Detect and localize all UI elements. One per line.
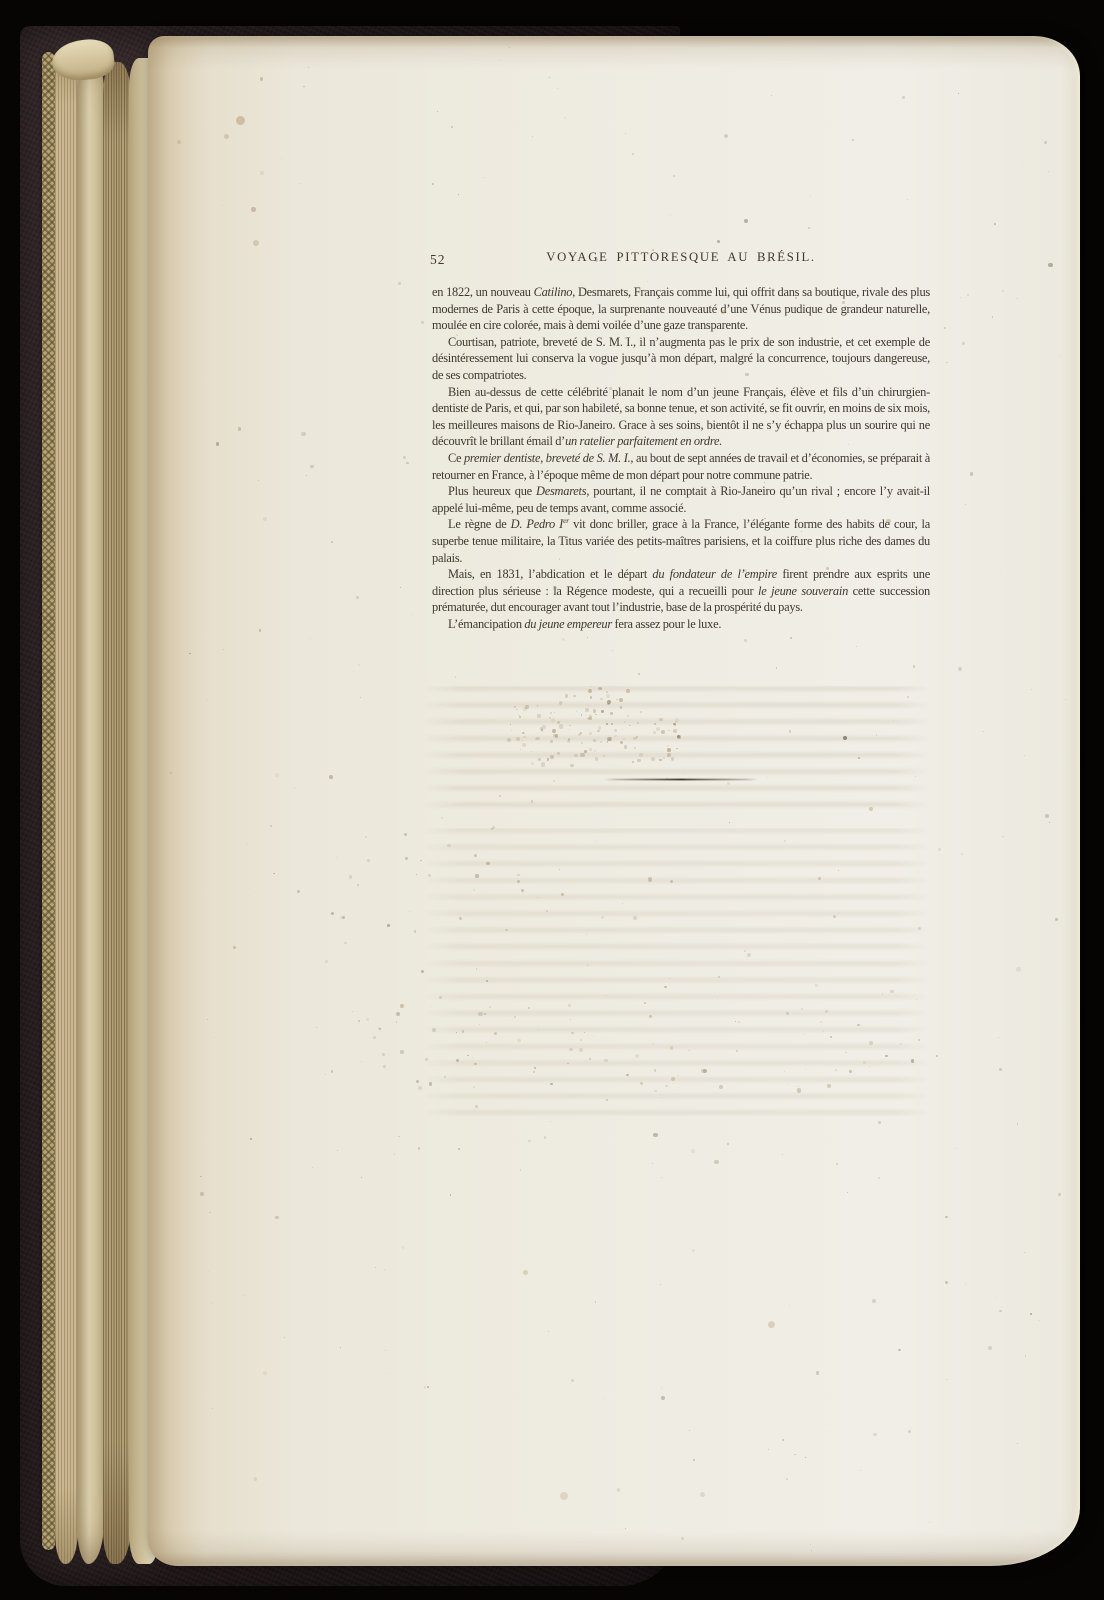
paragraph: Courtisan, patriote, breveté de S. M. I.… (432, 334, 930, 384)
paragraph: Mais, en 1831, l’abdication et le départ… (432, 566, 930, 616)
page-number: 52 (430, 252, 446, 268)
paragraph: en 1822, un nouveau Catilino, Desmarets,… (432, 284, 930, 334)
page-header: 52 VOYAGE PITTORESQUE AU BRÉSIL. (432, 250, 930, 270)
book-scan: 52 VOYAGE PITTORESQUE AU BRÉSIL. en 1822… (0, 0, 1104, 1600)
paragraph: Plus heureux que Desmarets, pourtant, il… (432, 483, 930, 516)
page-content: 52 VOYAGE PITTORESQUE AU BRÉSIL. en 1822… (432, 250, 930, 781)
running-title: VOYAGE PITTORESQUE AU BRÉSIL. (432, 250, 930, 265)
page-edges-ribbed (103, 62, 131, 1564)
paragraph: Bien au-dessus de cette célébrité planai… (432, 384, 930, 450)
page-edges-curl (77, 54, 104, 1564)
book-page: 52 VOYAGE PITTORESQUE AU BRÉSIL. en 1822… (148, 36, 1080, 1566)
page-edges-outer (55, 46, 78, 1564)
page-text: en 1822, un nouveau Catilino, Desmarets,… (432, 284, 930, 632)
paragraph: Le règne de D. Pedro Ier vit donc brille… (432, 516, 930, 566)
binding-cloth-band (42, 52, 55, 1550)
paragraph: Ce premier dentiste, breveté de S. M. I.… (432, 450, 930, 483)
paragraph: L’émancipation du jeune empereur fera as… (432, 616, 930, 633)
show-through-text (424, 828, 930, 1118)
section-divider (604, 778, 758, 781)
